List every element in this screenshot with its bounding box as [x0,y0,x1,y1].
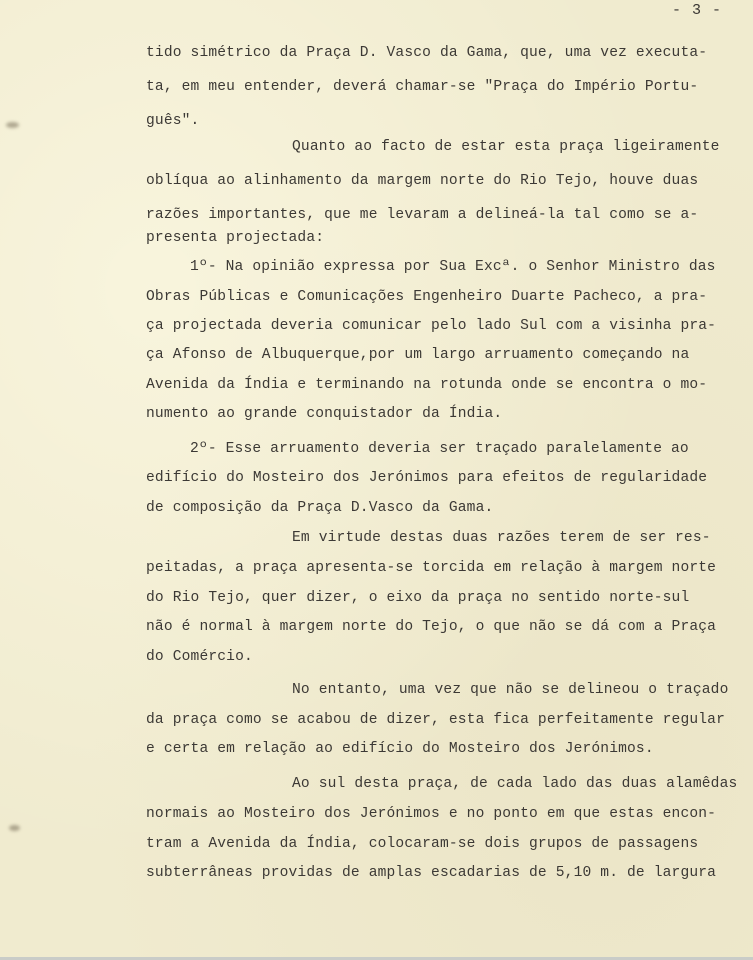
paper-blemish [6,122,19,128]
text-line: e certa em relação ao edifício do Mostei… [146,741,654,757]
paragraph-start-line: Ao sul desta praça, de cada lado das dua… [292,776,737,792]
text-line: do Comércio. [146,649,253,665]
text-line: razões importantes, que me levaram a del… [146,207,698,223]
list-item-2-line: 2º- Esse arruamento deveria ser traçado … [190,441,689,457]
text-line: normais ao Mosteiro dos Jerónimos e no p… [146,806,716,822]
paper-blemish [9,825,20,831]
text-line: peitadas, a praça apresenta-se torcida e… [146,560,716,576]
paragraph-start-line: Quanto ao facto de estar esta praça lige… [292,139,720,155]
text-line: numento ao grande conquistador da Índia. [146,406,502,422]
page-number: - 3 - [672,2,722,19]
text-line: oblíqua ao alinhamento da margem norte d… [146,173,698,189]
text-line: Obras Públicas e Comunicações Engenheiro… [146,289,707,305]
text-line: tido simétrico da Praça D. Vasco da Gama… [146,45,707,61]
typewritten-page: - 3 - tido simétrico da Praça D. Vasco d… [0,0,753,960]
paragraph-start-line: Em virtude destas duas razões terem de s… [292,530,711,546]
text-line: ça Afonso de Albuquerque,por um largo ar… [146,347,689,363]
paragraph-start-line: No entanto, uma vez que não se delineou … [292,682,728,698]
text-line: presenta projectada: [146,230,324,246]
list-item-1-line: 1º- Na opinião expressa por Sua Excª. o … [190,259,716,275]
text-line: Avenida da Índia e terminando na rotunda… [146,377,707,393]
text-line: edifício do Mosteiro dos Jerónimos para … [146,470,707,486]
text-line: não é normal à margem norte do Tejo, o q… [146,619,716,635]
text-line: do Rio Tejo, quer dizer, o eixo da praça… [146,590,689,606]
text-line: ça projectada deveria comunicar pelo lad… [146,318,716,334]
text-line: subterrâneas providas de amplas escadari… [146,865,716,881]
text-line: tram a Avenida da Índia, colocaram-se do… [146,836,698,852]
text-line: ta, em meu entender, deverá chamar-se "P… [146,79,698,95]
text-line: guês". [146,113,199,129]
text-line: da praça como se acabou de dizer, esta f… [146,712,725,728]
text-line: de composição da Praça D.Vasco da Gama. [146,500,493,516]
